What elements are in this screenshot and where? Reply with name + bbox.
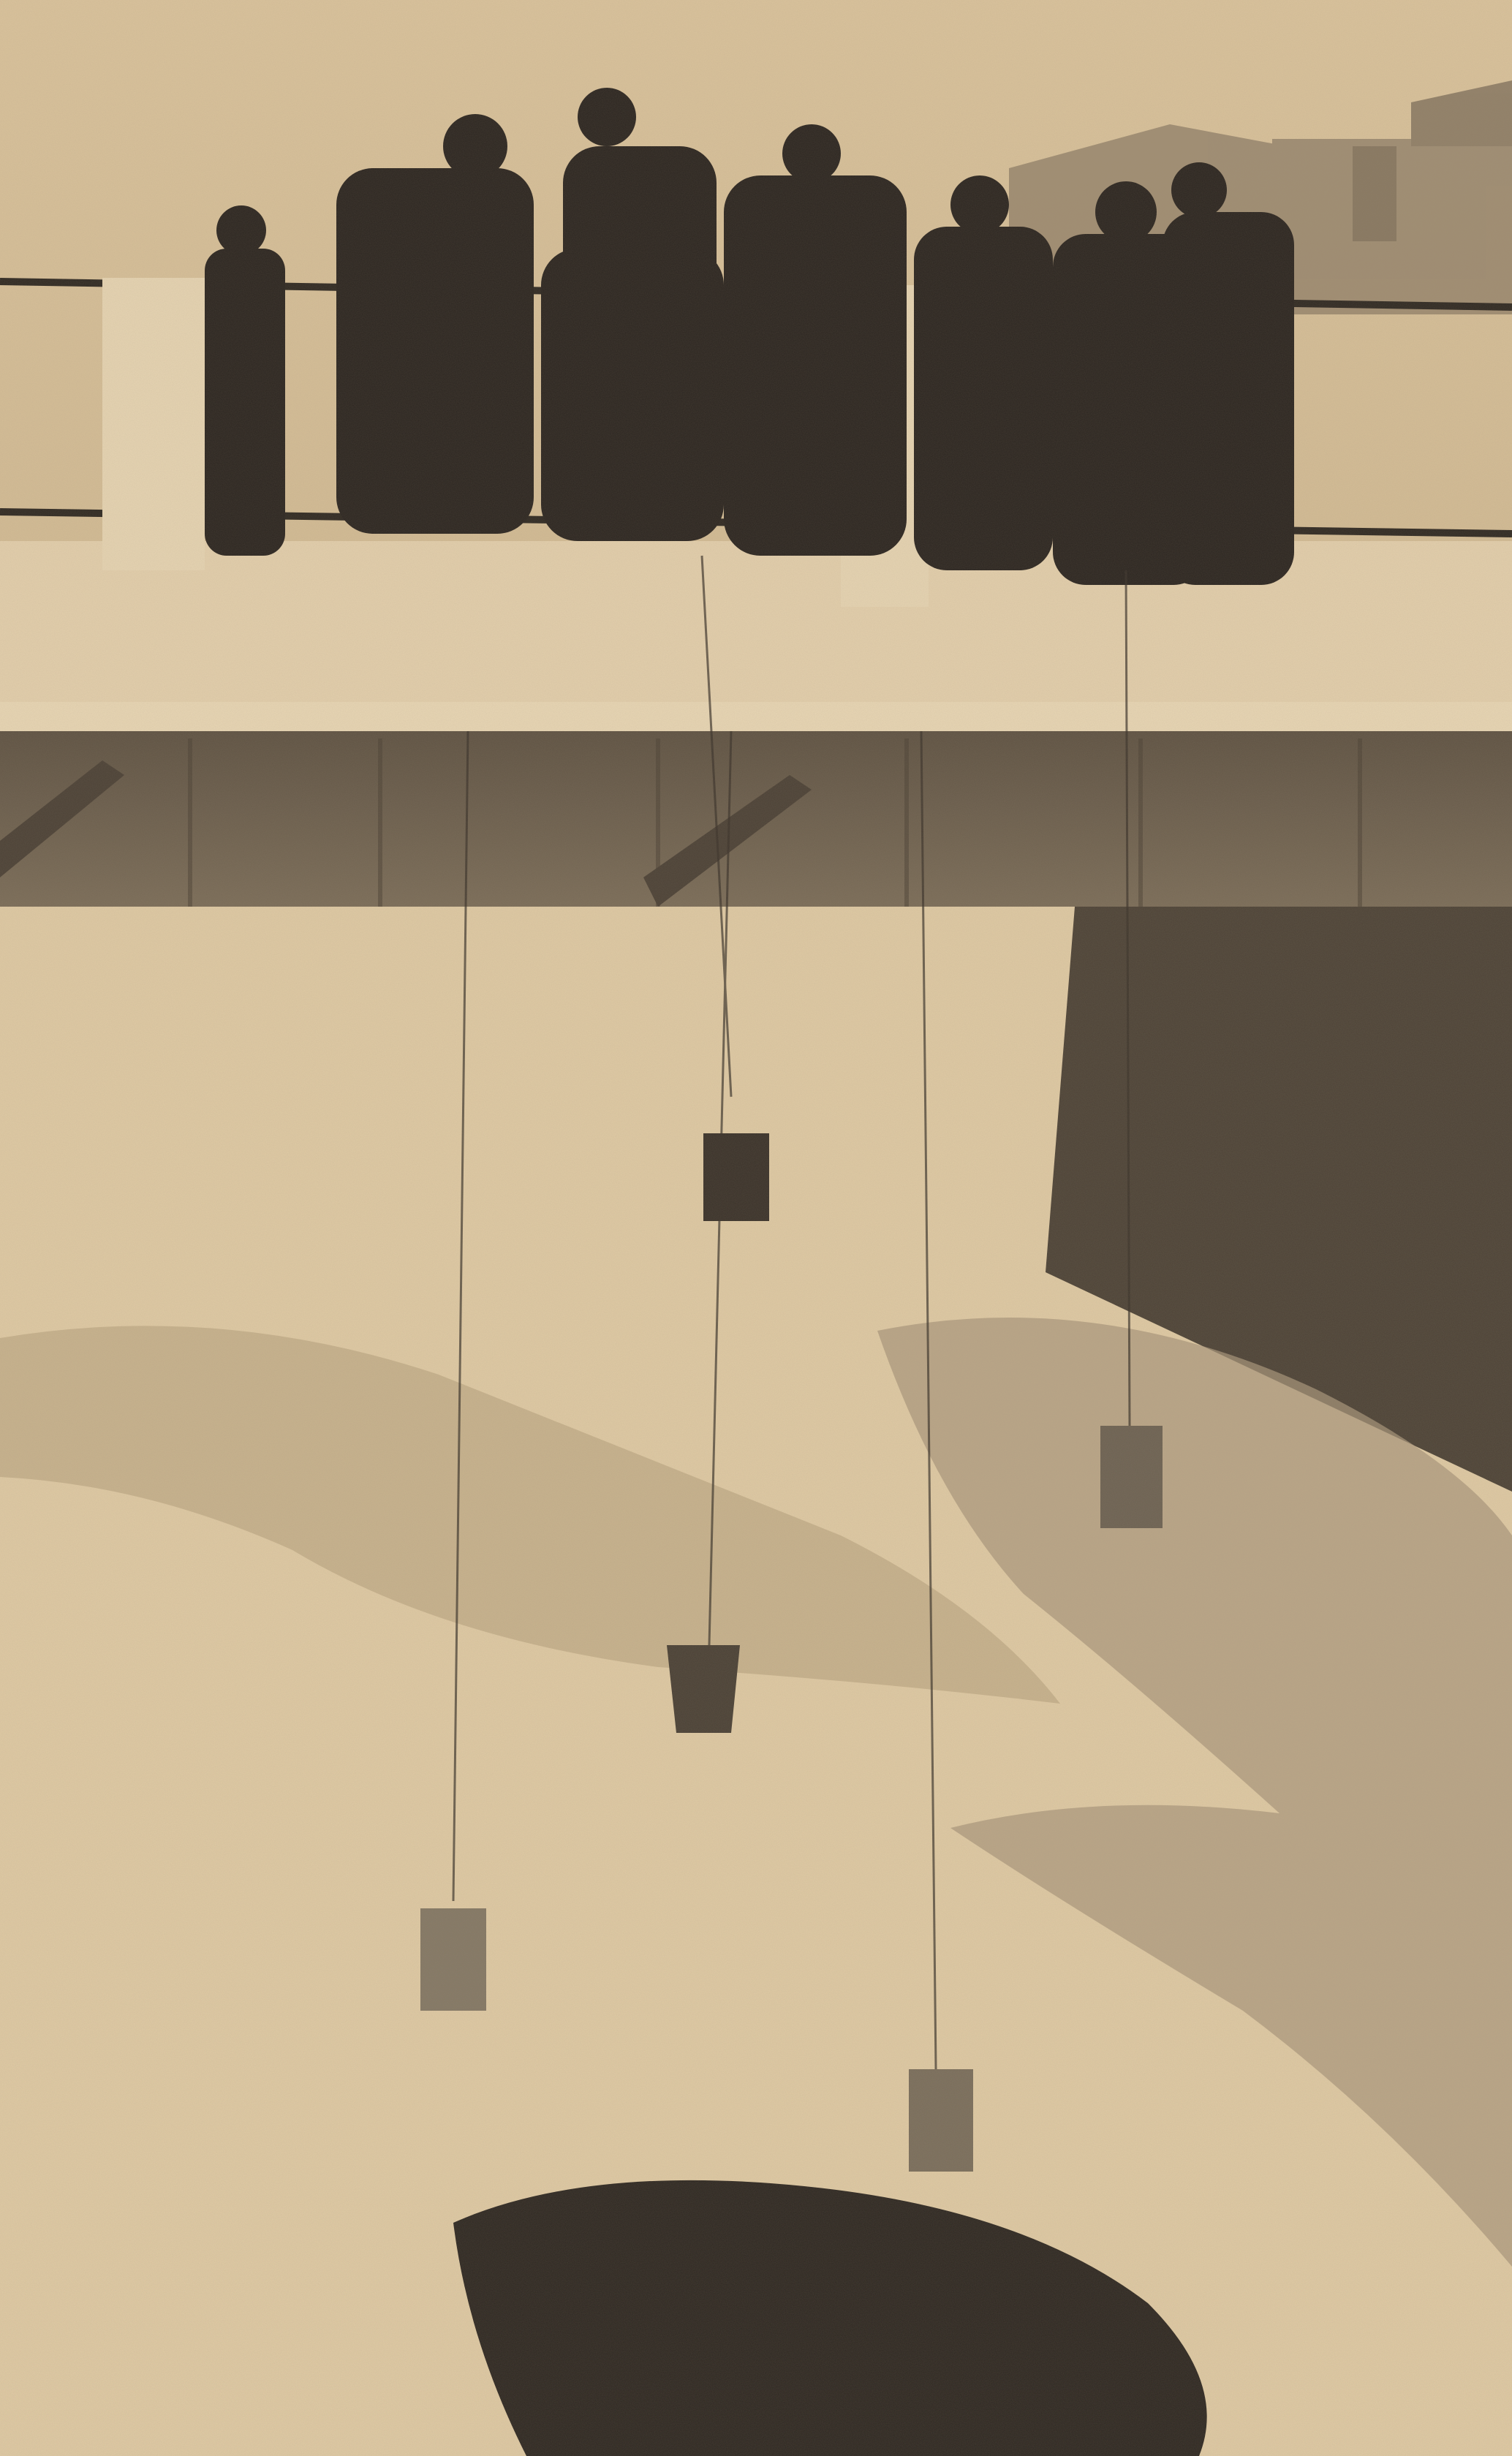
sepia-photograph <box>0 0 1512 2456</box>
photo-scene <box>0 0 1512 2456</box>
paper-grain <box>0 0 1512 2456</box>
